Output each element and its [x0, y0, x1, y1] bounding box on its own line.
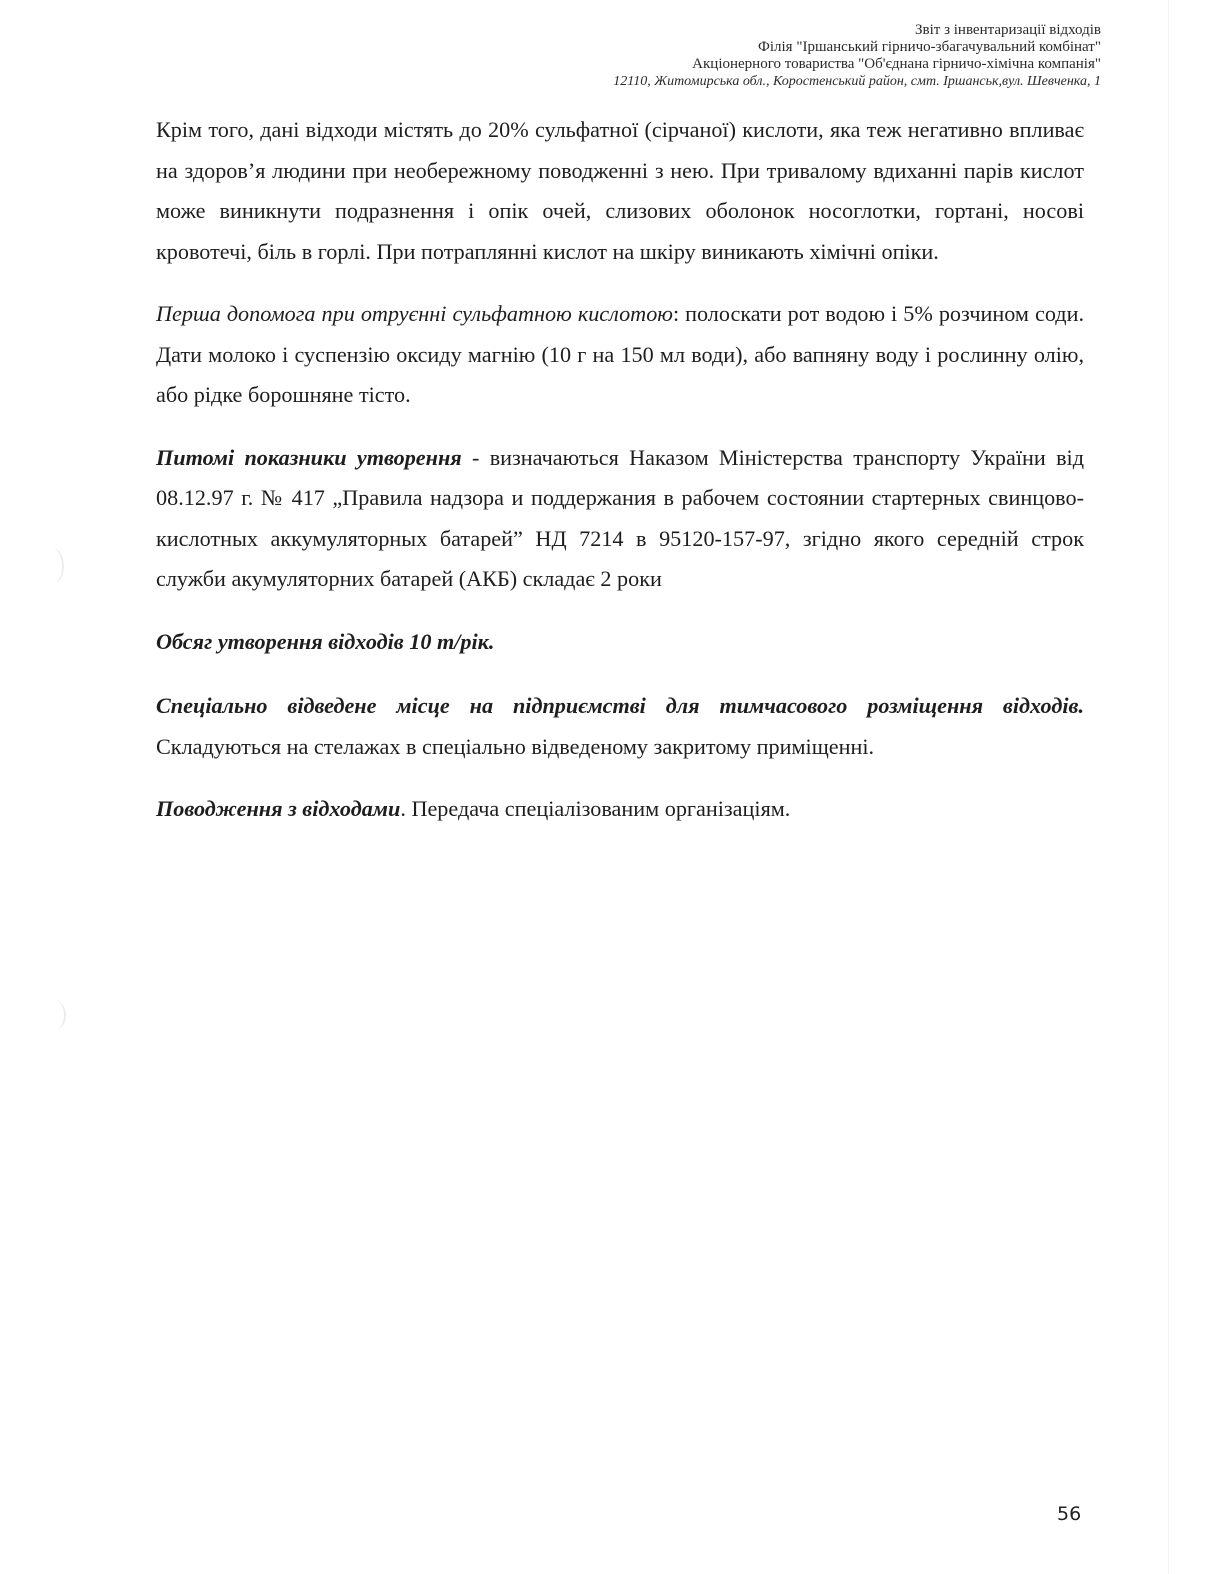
header-branch: Філія "Іршанський гірничо-збагачувальний… — [613, 39, 1101, 56]
storage-label: Спеціально відведене місце на підприємст… — [156, 693, 1084, 718]
handling-text: . Передача спеціалізованим організаціям. — [400, 796, 790, 821]
handling-label: Поводження з відходами — [156, 796, 400, 821]
scan-edge-line — [1168, 0, 1169, 1574]
header-report-title: Звіт з інвентаризації відходів — [613, 22, 1101, 39]
punch-hole-mark — [42, 1000, 66, 1030]
indicators-label: Питомі показники утворення — [156, 445, 462, 470]
document-header: Звіт з інвентаризації відходів Філія "Ір… — [613, 22, 1101, 90]
paragraph-first-aid: Перша допомога при отруєнні сульфатною к… — [156, 294, 1084, 416]
paragraph-storage-place: Спеціально відведене місце на підприємст… — [156, 686, 1084, 767]
storage-text: Складуються на стелажах в спеціально від… — [156, 734, 874, 759]
paragraph-specific-indicators: Питомі показники утворення - визначаютьс… — [156, 438, 1084, 600]
first-aid-label: Перша допомога при отруєнні сульфатною к… — [156, 301, 673, 326]
paragraph-acid-hazards: Крім того, дані відходи містять до 20% с… — [156, 110, 1084, 272]
paragraph-waste-volume: Обсяг утворення відходів 10 т/рік. — [156, 622, 1084, 663]
page-number: 56 — [1057, 1503, 1081, 1525]
header-company: Акціонерного товариства "Об'єднана гірни… — [613, 56, 1101, 73]
punch-hole-mark — [40, 548, 64, 584]
document-body: Крім того, дані відходи містять до 20% с… — [156, 110, 1084, 852]
paragraph-waste-handling: Поводження з відходами. Передача спеціал… — [156, 789, 1084, 830]
header-address: 12110, Житомирська обл., Коростенський р… — [613, 73, 1101, 90]
